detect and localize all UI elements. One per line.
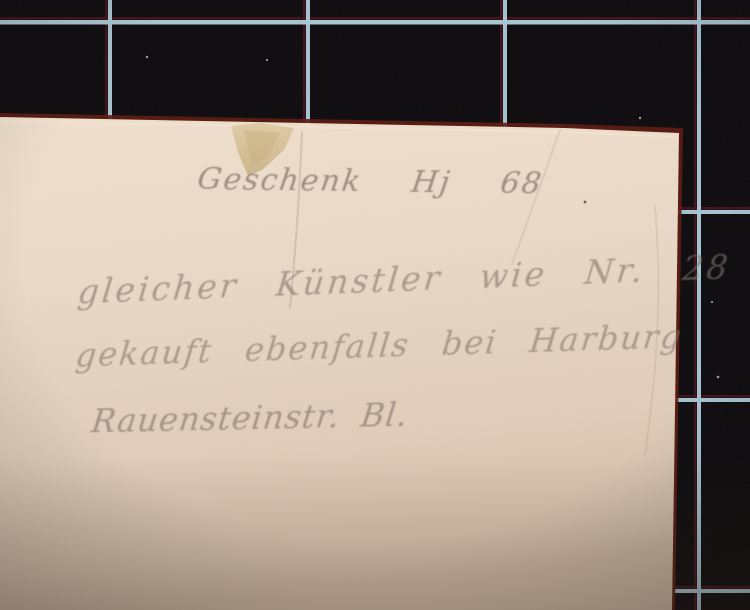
- handwriting-title-line: Geschenk Hj 68: [195, 162, 545, 202]
- photo-scene: Geschenk Hj 68 gleicher Künstler wie Nr.…: [0, 0, 750, 610]
- handwriting-note-line-3: Rauensteinstr. Bl.: [89, 395, 410, 440]
